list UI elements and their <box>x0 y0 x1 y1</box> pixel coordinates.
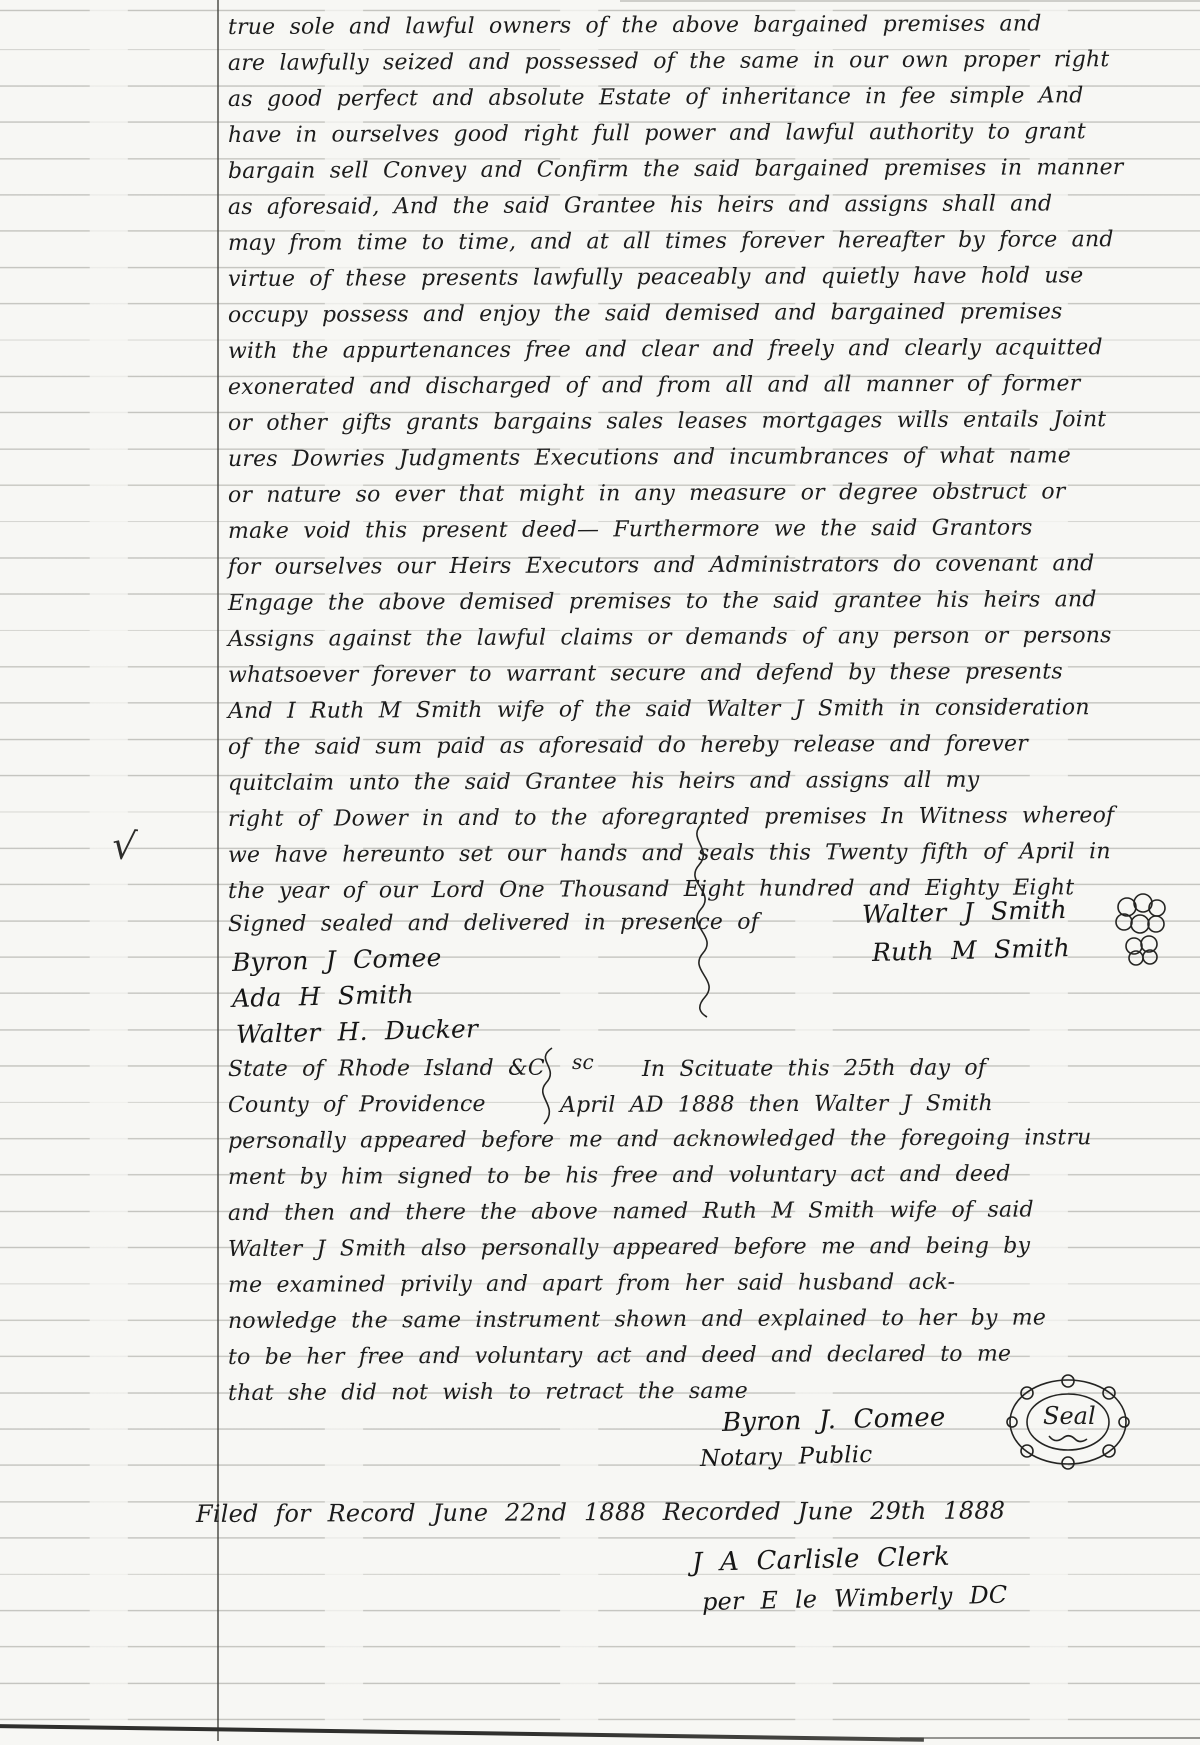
margin-check-mark: √ <box>110 823 139 869</box>
witness-signature: Byron J Comee <box>232 943 442 977</box>
clerk-signature: J A Carlisle Clerk <box>692 1542 951 1578</box>
deed-line: make void this present deed— Furthermore… <box>228 515 1033 544</box>
deed-line: whatsoever forever to warrant secure and… <box>228 659 1063 688</box>
brace-squiggle-presence <box>676 820 720 1018</box>
deed-line: for ourselves our Heirs Executors and Ad… <box>228 551 1095 580</box>
deed-line: true sole and lawful owners of the above… <box>228 11 1042 40</box>
ruled-lines <box>0 0 1200 1745</box>
date-line: April AD 1888 then Walter J Smith <box>560 1091 993 1118</box>
deed-line: exonerated and discharged of and from al… <box>228 371 1081 400</box>
margin-rule <box>217 0 219 1741</box>
deed-line: virtue of these presents lawfully peacea… <box>228 263 1084 292</box>
deed-line: or nature so ever that might in any meas… <box>228 479 1066 508</box>
grantor-signature-ruth: Ruth M Smith <box>872 933 1071 967</box>
deed-line: with the appurtenances free and clear an… <box>228 335 1103 364</box>
deed-line: bargain sell Convey and Confirm the said… <box>228 155 1124 184</box>
seal-label: Seal <box>1043 1402 1096 1430</box>
ack-line: me examined privily and apart from her s… <box>228 1270 955 1298</box>
deed-line: of the said sum paid as aforesaid do her… <box>228 732 1028 760</box>
filed-record-line: Filed for Record June 22nd 1888 Recorded… <box>196 1496 1005 1528</box>
ack-line: to be her free and voluntary act and dee… <box>228 1342 1011 1370</box>
grantor-signature-walter: Walter J Smith <box>862 895 1068 929</box>
witness-signature: Ada H Smith <box>232 980 414 1013</box>
notary-title: Notary Public <box>700 1442 873 1472</box>
brace-squiggle-state-county <box>528 1046 562 1126</box>
sc-abbreviation: sc <box>572 1050 594 1074</box>
scan-edge-artifact-bottom <box>0 1724 924 1742</box>
deed-line: have in ourselves good right full power … <box>228 119 1086 148</box>
deed-line: or other gifts grants bargains sales lea… <box>228 407 1106 436</box>
deed-line: as good perfect and absolute Estate of i… <box>228 83 1084 112</box>
scan-edge-artifact-bottom-right <box>900 1737 1200 1739</box>
state-line: State of Rhode Island &C <box>228 1056 545 1082</box>
deed-line: we have hereunto set our hands and seals… <box>228 839 1111 868</box>
deed-line: And I Ruth M Smith wife of the said Walt… <box>228 695 1090 724</box>
deed-line: ures Dowries Judgments Executions and in… <box>228 443 1071 472</box>
place-line: In Scituate this 25th day of <box>642 1055 986 1082</box>
ack-line: that she did not wish to retract the sam… <box>228 1379 748 1406</box>
ack-line: personally appeared before me and acknow… <box>228 1125 1092 1154</box>
deputy-clerk-line: per E le Wimberly DC <box>702 1581 1008 1616</box>
scanned-deed-page: true sole and lawful owners of the above… <box>0 0 1200 1745</box>
ack-line: and then and there the above named Ruth … <box>228 1197 1034 1226</box>
hand-drawn-seal-walter <box>1112 893 1170 938</box>
witness-signature: Walter H. Ducker <box>236 1014 479 1049</box>
deed-line: may from time to time, and at all times … <box>228 227 1114 256</box>
hand-drawn-seal-ruth <box>1122 934 1162 968</box>
scan-edge-artifact-top <box>620 0 1200 2</box>
county-line: County of Providence <box>228 1092 486 1118</box>
notary-seal: Seal <box>1005 1376 1131 1468</box>
deed-line: occupy possess and enjoy the said demise… <box>228 299 1063 328</box>
ack-line: ment by him signed to be his free and vo… <box>228 1162 1011 1190</box>
notary-signature: Byron J. Comee <box>722 1403 946 1438</box>
ack-line: Walter J Smith also personally appeared … <box>228 1233 1030 1262</box>
deed-line: Assigns against the lawful claims or dem… <box>228 623 1112 652</box>
deed-line: quitclaim unto the said Grantee his heir… <box>228 768 979 796</box>
deed-line: as aforesaid, And the said Grantee his h… <box>228 191 1052 220</box>
ack-line: nowledge the same instrument shown and e… <box>228 1305 1046 1334</box>
deed-line: are lawfully seized and possessed of the… <box>228 47 1109 76</box>
deed-line: right of Dower in and to the aforegrante… <box>228 803 1114 832</box>
deed-line: Engage the above demised premises to the… <box>228 587 1097 616</box>
